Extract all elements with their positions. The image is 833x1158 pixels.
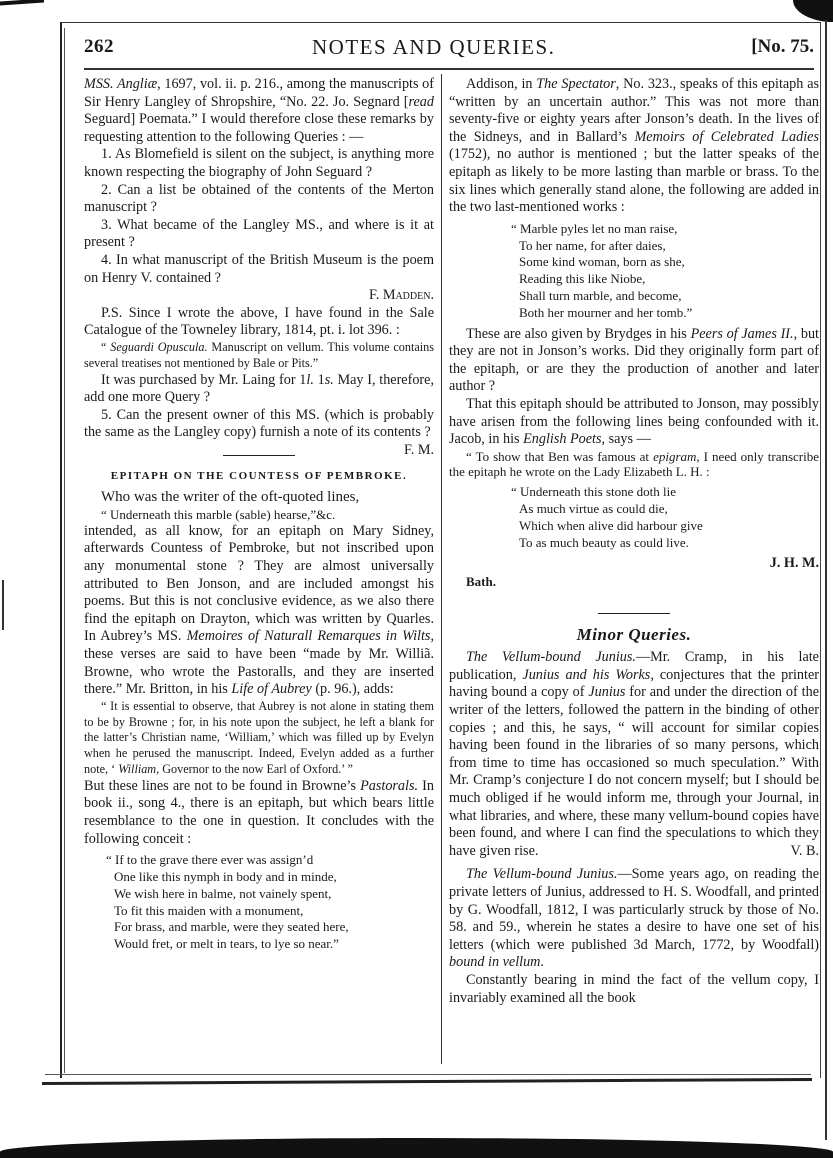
vellum-junius-query-2: The Vellum-bound Junius.—Some years ago,…	[449, 866, 819, 972]
verse-line: One like this nymph in body and in minde…	[106, 869, 434, 886]
verse-line: Some kind woman, born as she,	[511, 254, 819, 271]
section-heading-epitaph: EPITAPH ON THE COUNTESS OF PEMBROKE.	[84, 468, 434, 486]
signature-f-madden: F. Madden.	[84, 287, 434, 305]
verse-line: Reading this like Niobe,	[511, 271, 819, 288]
query-3: 3. What became of the Langley MS., and w…	[84, 217, 434, 252]
paragraph-mss-angliae: MSS. Angliæ, 1697, vol. ii. p. 216., amo…	[84, 76, 434, 146]
verse-line: “ If to the grave there ever was assign’…	[106, 852, 434, 869]
underneath-verse: “ Underneath this stone doth lie As much…	[511, 484, 819, 551]
verse-line: Both her mourner and her tomb.”	[511, 305, 819, 322]
postscript: P.S. Since I wrote the above, I have fou…	[84, 305, 434, 340]
verse-line: As much virtue as could die,	[511, 501, 819, 518]
column-divider	[441, 74, 442, 1064]
verse-line: To as much beauty as could live.	[511, 535, 819, 552]
britton-quote: “ It is essential to observe, that Aubre…	[84, 699, 434, 778]
header-rule	[84, 68, 814, 70]
scan-smudge	[2, 580, 4, 630]
browne-verse: “ If to the grave there ever was assign’…	[106, 852, 434, 953]
vellum-junius-query-1: The Vellum-bound Junius.—Mr. Cramp, in h…	[449, 649, 819, 860]
verse-line: To fit this maiden with a monument,	[106, 903, 434, 920]
signature-jhm: J. H. M.	[449, 555, 819, 573]
query-4: 4. In what manuscript of the British Mus…	[84, 252, 434, 287]
epitaph-intro: Who was the writer of the oft-quoted lin…	[84, 489, 434, 507]
epitaph-body: intended, as all know, for an epitaph on…	[84, 523, 434, 699]
epitaph-quote-line: “ Underneath this marble (sable) hearse,…	[84, 507, 434, 523]
signature-vb: V. B.	[773, 843, 819, 861]
scan-edge-shadow	[0, 1138, 833, 1158]
query-5: 5. Can the present owner of this MS. (wh…	[84, 407, 434, 442]
page-bottom-rule	[42, 1078, 812, 1085]
scan-edge-shadow	[793, 0, 833, 22]
verse-line: Would fret, or melt in tears, to lye so …	[106, 936, 434, 953]
query-1: 1. As Blomefield is silent on the subjec…	[84, 146, 434, 181]
issue-number: [No. 75.	[751, 36, 814, 58]
jacob-paragraph: That this epitaph should be attributed t…	[449, 396, 819, 449]
place-bath: Bath.	[449, 573, 819, 591]
left-column: MSS. Angliæ, 1697, vol. ii. p. 216., amo…	[84, 76, 434, 957]
page-bottom-rule	[45, 1074, 811, 1075]
verse-line: Shall turn marble, and become,	[511, 288, 819, 305]
verse-line: We wish here in balme, not vainely spent…	[106, 886, 434, 903]
browne-paragraph: But these lines are not to be found in B…	[84, 778, 434, 848]
section-heading-minor-queries: Minor Queries.	[449, 626, 819, 644]
constantly-paragraph: Constantly bearing in mind the fact of t…	[449, 972, 819, 1007]
catalogue-quote: “ Seguardi Opuscula. Manuscript on vellu…	[84, 340, 434, 372]
right-column: Addison, in The Spectator, No. 323., spe…	[449, 76, 819, 1007]
page-border-inner	[64, 28, 65, 1073]
running-head: 262 NOTES AND QUERIES. [No. 75.	[84, 32, 814, 62]
marble-verse: “ Marble pyles let no man raise, To her …	[511, 221, 819, 322]
verse-line: “ Marble pyles let no man raise,	[511, 221, 819, 238]
journal-title: NOTES AND QUERIES.	[312, 35, 555, 60]
scan-edge-shadow	[825, 20, 827, 1140]
verse-line: To her name, for after daies,	[511, 238, 819, 255]
jacob-quote: “ To show that Ben was famous at epigram…	[449, 449, 819, 481]
verse-line: For brass, and marble, were they seated …	[106, 919, 434, 936]
section-divider	[223, 455, 295, 456]
section-divider	[598, 613, 670, 614]
verse-line: Which when alive did harbour give	[511, 518, 819, 535]
signature-f-m: F. M.	[387, 442, 434, 460]
page-number: 262	[84, 36, 114, 58]
purchase-paragraph: It was purchased by Mr. Laing for 1l. 1s…	[84, 372, 434, 407]
addison-paragraph: Addison, in The Spectator, No. 323., spe…	[449, 76, 819, 217]
verse-line: “ Underneath this stone doth lie	[511, 484, 819, 501]
brydges-paragraph: These are also given by Brydges in his P…	[449, 326, 819, 396]
query-2: 2. Can a list be obtained of the content…	[84, 182, 434, 217]
scan-edge-shadow	[0, 0, 44, 6]
